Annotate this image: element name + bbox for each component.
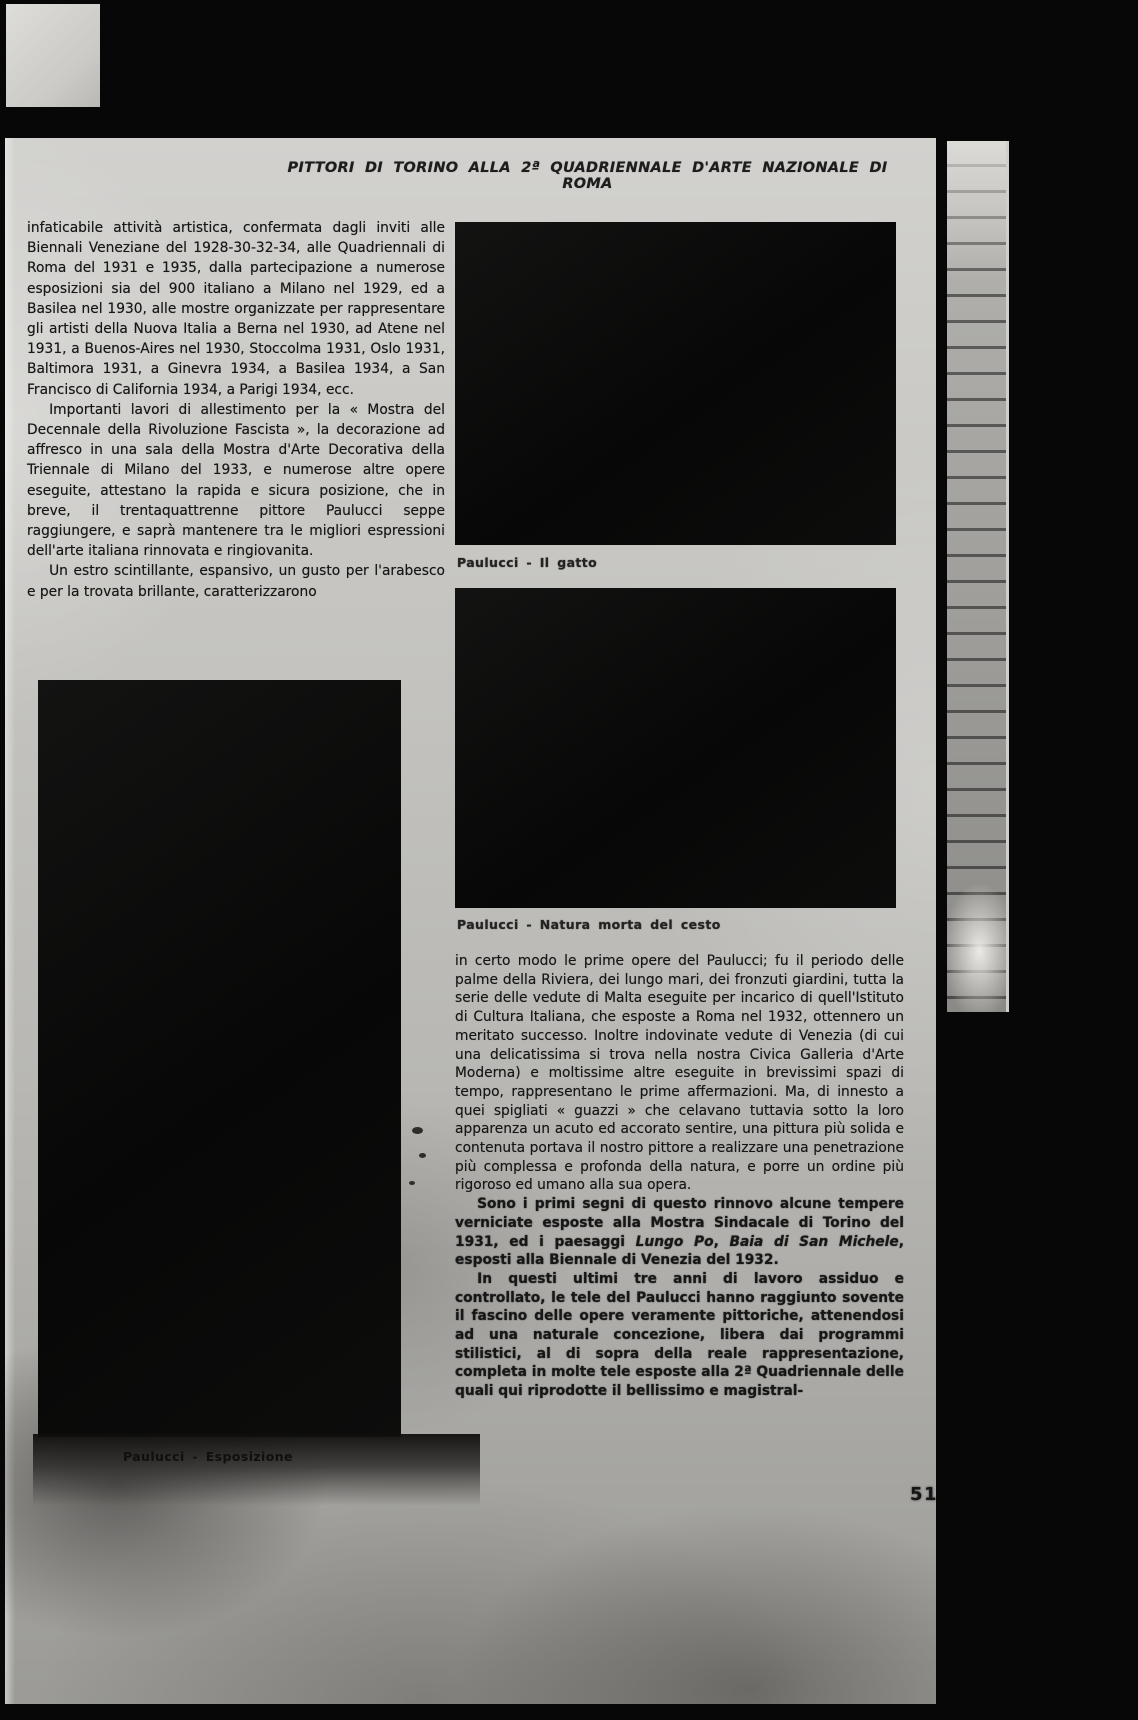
paragraph: In questi ultimi tre anni di lavoro assi… — [455, 1270, 904, 1401]
figure-caption: Paulucci - Il gatto — [457, 555, 597, 570]
paragraph: Un estro scintillante, espansivo, un gus… — [27, 561, 445, 601]
scan-speckle — [419, 1153, 426, 1158]
figure-caption: Paulucci - Natura morta del cesto — [457, 917, 721, 932]
scan-speckle — [412, 1127, 423, 1134]
book-edge-pages — [947, 141, 1009, 1012]
page-header-title: PITTORI DI TORINO ALLA 2ª QUADRIENNALE D… — [265, 160, 910, 192]
page-number: 51 — [910, 1484, 936, 1505]
right-text-column: in certo modo le prime opere del Paulucc… — [455, 952, 904, 1401]
scanned-page: PITTORI DI TORINO ALLA 2ª QUADRIENNALE D… — [0, 0, 1138, 1720]
left-text-column: infaticabile attività artistica, conferm… — [27, 218, 445, 602]
photo-plate-left-large — [38, 680, 401, 1437]
magazine-page: PITTORI DI TORINO ALLA 2ª QUADRIENNALE D… — [5, 138, 936, 1704]
figure-caption: Paulucci - Esposizione — [123, 1449, 293, 1464]
work-title: Baia di San Michele — [729, 1234, 898, 1250]
photo-plate-natura-morta — [455, 588, 896, 908]
photo-plate-il-gatto — [455, 222, 896, 545]
paragraph: infaticabile attività artistica, conferm… — [27, 218, 445, 400]
scan-shadow-band — [33, 1434, 480, 1506]
scan-corner-patch — [6, 4, 100, 107]
text-run: , — [714, 1234, 730, 1250]
paragraph: Sono i primi segni di questo rinnovo alc… — [455, 1195, 904, 1270]
paragraph: Importanti lavori di allestimento per la… — [27, 400, 445, 562]
work-title: Lungo Po — [636, 1234, 714, 1250]
scan-speckle — [409, 1181, 415, 1185]
paragraph: in certo modo le prime opere del Paulucc… — [455, 952, 904, 1195]
